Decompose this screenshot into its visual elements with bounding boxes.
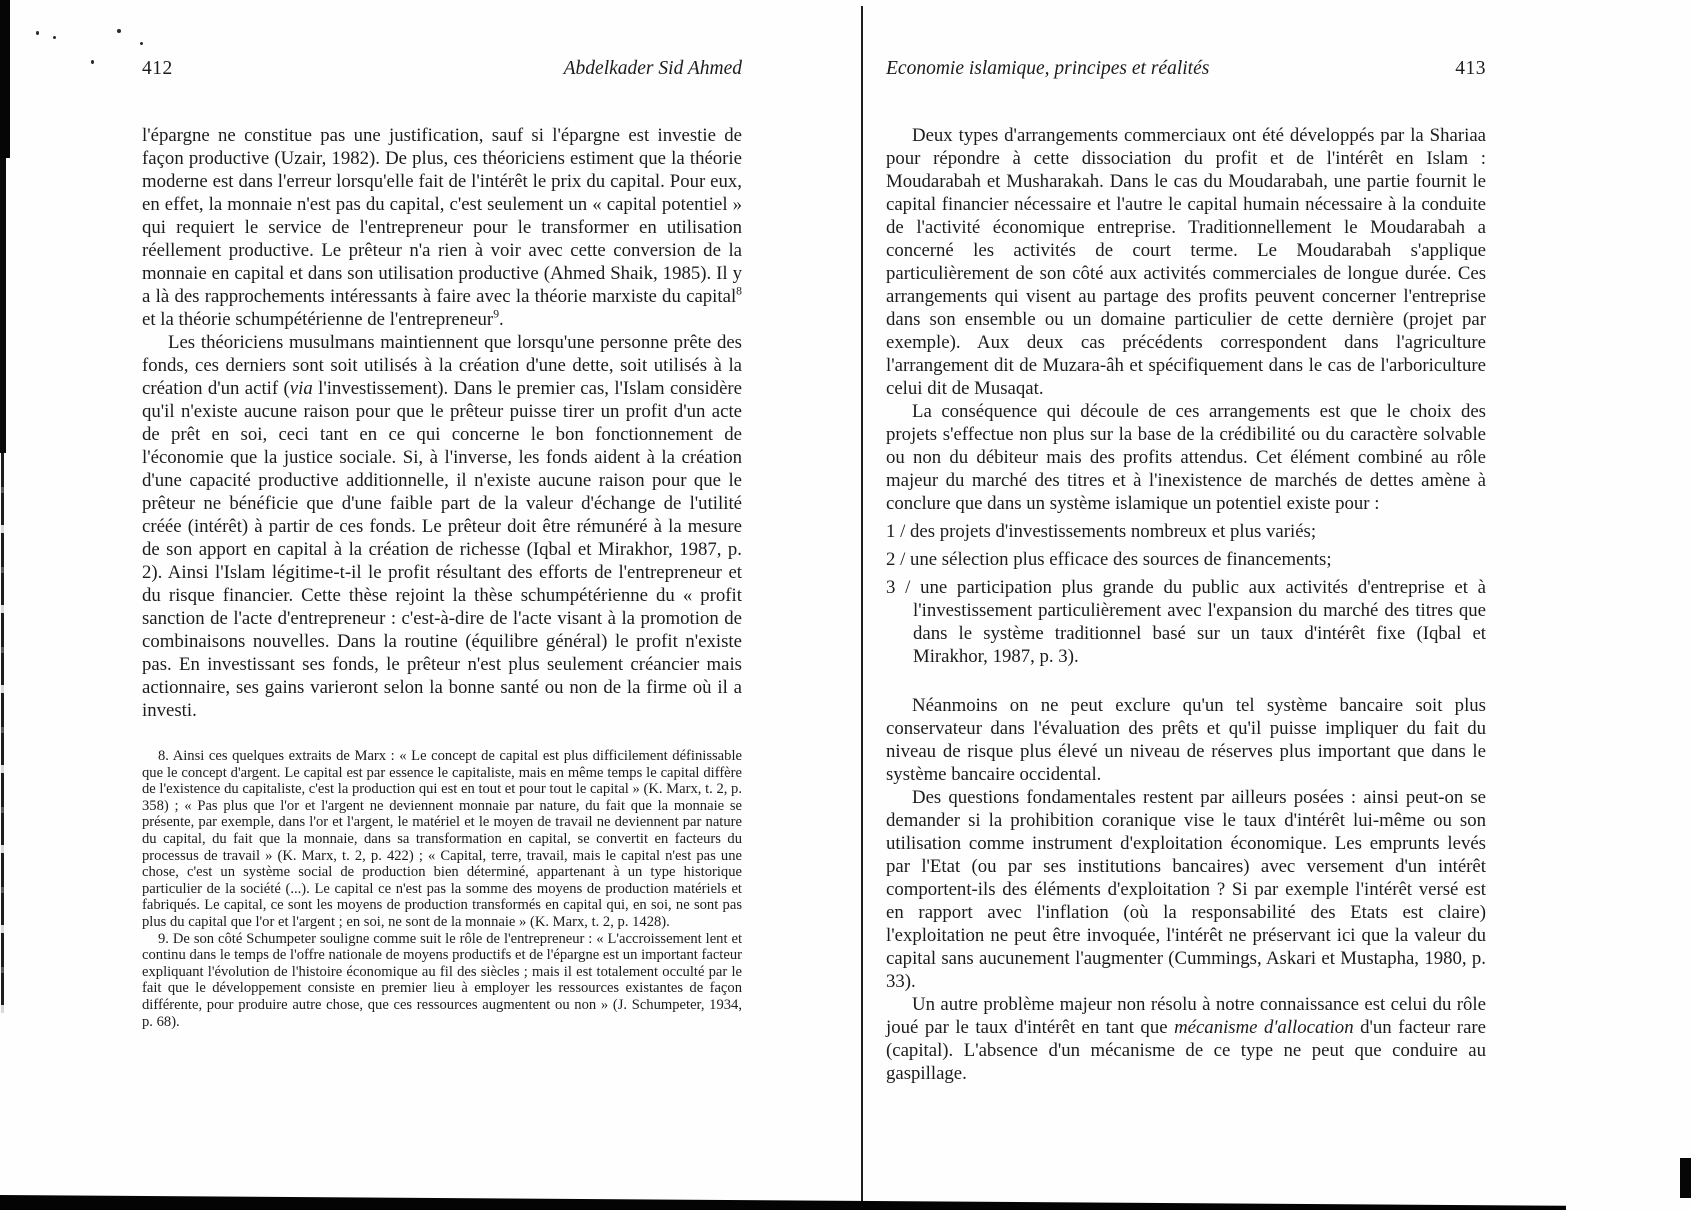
footnotes-section: 8. Ainsi ces quelques extraits de Marx :… — [142, 748, 742, 1030]
left-running-header: Abdelkader Sid Ahmed — [564, 58, 742, 80]
scan-artifact-bottom-edge-bar — [0, 1195, 1566, 1210]
paragraph: Néanmoins on ne peut exclure qu'un tel s… — [886, 694, 1486, 786]
paragraph: Deux types d'arrangements commerciaux on… — [886, 124, 1486, 400]
paragraph: l'épargne ne constitue pas une justifica… — [142, 124, 742, 331]
paragraph: Les théoriciens musulmans maintiennent q… — [142, 331, 742, 722]
paragraph: Un autre problème majeur non résolu à no… — [886, 993, 1486, 1085]
numbered-list: 1 / des projets d'investissements nombre… — [886, 520, 1486, 668]
book-page-spread-scan: 412 Abdelkader Sid Ahmed l'épargne ne co… — [0, 0, 1691, 1210]
left-page-body: l'épargne ne constitue pas une justifica… — [142, 124, 742, 722]
paragraph: Des questions fondamentales restent par … — [886, 786, 1486, 993]
footnote-8: 8. Ainsi ces quelques extraits de Marx :… — [142, 748, 742, 931]
scan-speck — [53, 36, 56, 39]
right-page-header: Economie islamique, principes et réalité… — [886, 58, 1486, 80]
scan-artifact-left-edge-bar — [0, 0, 10, 158]
right-page-body: Deux types d'arrangements commerciaux on… — [886, 124, 1486, 1085]
scan-artifact-left-edge-bar — [1, 453, 4, 1013]
left-page-header: 412 Abdelkader Sid Ahmed — [142, 58, 742, 80]
scan-speck — [36, 31, 39, 35]
scan-artifact-center-gutter-line — [861, 6, 863, 1210]
paragraph: La conséquence qui découle de ces arrang… — [886, 400, 1486, 515]
scan-speck — [91, 60, 94, 64]
right-running-header: Economie islamique, principes et réalité… — [886, 58, 1209, 80]
scan-artifact-right-edge-mark — [1680, 1158, 1691, 1198]
right-page: Economie islamique, principes et réalité… — [886, 58, 1486, 1085]
list-item: 3 / une participation plus grande du pub… — [886, 576, 1486, 668]
list-item: 1 / des projets d'investissements nombre… — [886, 520, 1486, 543]
left-page: 412 Abdelkader Sid Ahmed l'épargne ne co… — [142, 58, 742, 1030]
scan-artifact-left-edge-bar — [0, 158, 6, 453]
scan-speck — [117, 29, 121, 33]
scan-speck — [140, 42, 143, 45]
footnote-9: 9. De son côté Schumpeter souligne comme… — [142, 931, 742, 1031]
list-item: 2 / une sélection plus efficace des sour… — [886, 548, 1486, 571]
left-page-number: 412 — [142, 58, 173, 80]
right-page-number: 413 — [1455, 58, 1486, 80]
